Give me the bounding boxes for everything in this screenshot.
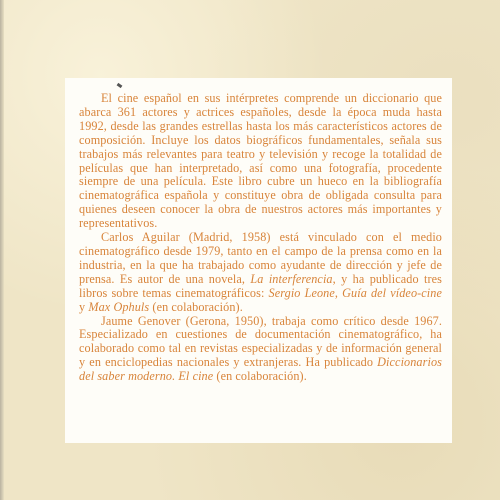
text-segment: y bbox=[79, 300, 88, 314]
text-segment: (en colaboración). bbox=[149, 300, 243, 314]
book-title-la-interferencia: La interferencia bbox=[250, 272, 332, 286]
paragraph-author-carlos-aguilar: Carlos Aguilar (Madrid, 1958) está vincu… bbox=[79, 231, 442, 314]
back-cover-text-box: El cine español en sus intérpretes compr… bbox=[65, 78, 452, 443]
book-title-max-ophuls: Max Ophuls bbox=[88, 300, 149, 314]
book-title-sergio-leone: Sergio Leone bbox=[269, 286, 335, 300]
paragraph-book-description: El cine español en sus intérpretes compr… bbox=[79, 92, 442, 231]
text-segment: El cine español en sus intérpretes compr… bbox=[79, 91, 442, 230]
text-segment: (en colaboración). bbox=[213, 369, 307, 383]
page-left-edge-shadow bbox=[0, 0, 4, 500]
paragraph-author-jaume-genover: Jaume Genover (Gerona, 1950), trabaja co… bbox=[79, 315, 442, 385]
book-title-guia-video-cine: Guía del vídeo-cine bbox=[342, 286, 442, 300]
